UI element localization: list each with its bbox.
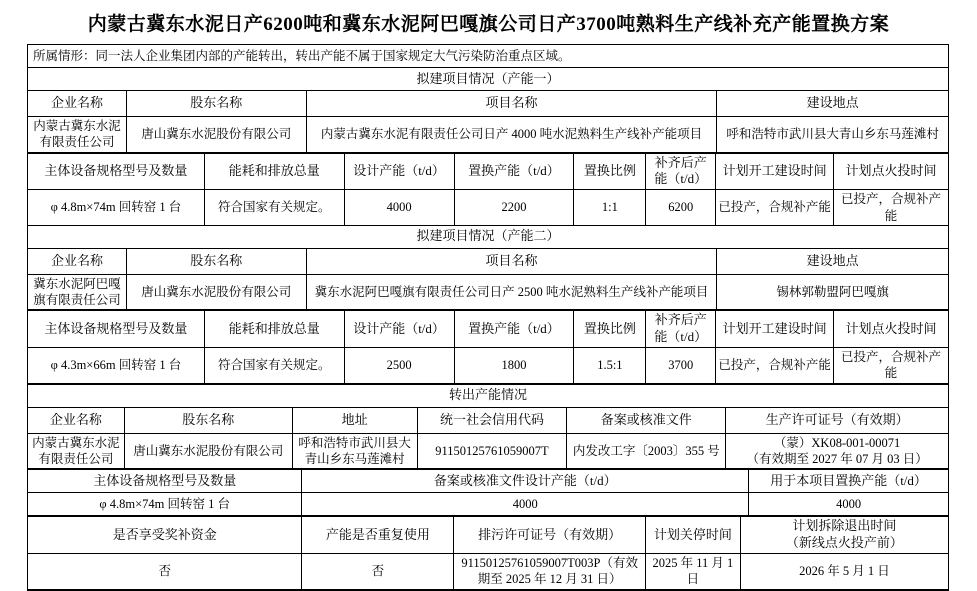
- value-cell: 冀东水泥阿巴嘎旗有限责任公司: [28, 274, 127, 310]
- value-cell: 1800: [454, 348, 574, 384]
- value-cell: 否: [302, 553, 454, 590]
- section2-spec-value-row: φ 4.3m×66m 回转窑 1 台 符合国家有关规定。 2500 1800 1…: [28, 348, 949, 384]
- section2-info-value-row: 冀东水泥阿巴嘎旗有限责任公司 唐山冀东水泥股份有限公司 冀东水泥阿巴嘎旗有限责任…: [28, 274, 949, 310]
- value-cell: 4000: [302, 493, 749, 516]
- header-cell: 设计产能（t/d）: [344, 310, 454, 347]
- value-cell: 符合国家有关规定。: [204, 190, 344, 226]
- value-cell: 唐山冀东水泥股份有限公司: [126, 274, 306, 310]
- section1-band-title: 拟建项目情况（产能一）: [28, 68, 949, 91]
- transfer-equip-table: 主体设备规格型号及数量 备案或核准文件设计产能（t/d） 用于本项目置换产能（t…: [27, 468, 949, 516]
- section1-info-table: 企业名称 股东名称 项目名称 建设地点 内蒙古冀东水泥有限责任公司 唐山冀东水泥…: [27, 90, 949, 153]
- header-cell: 计划拆除退出时间 （新线点火投产前）: [740, 516, 948, 553]
- section1-info-value-row: 内蒙古冀东水泥有限责任公司 唐山冀东水泥股份有限公司 内蒙古冀东水泥有限责任公司…: [28, 117, 949, 153]
- transfer-extra-header-row: 是否享受奖补资金 产能是否重复使用 排污许可证号（有效期） 计划关停时间 计划拆…: [28, 516, 949, 553]
- value-cell: 6200: [646, 190, 716, 226]
- approval-doc-cell: 内发改工字〔2003〕355 号: [567, 433, 726, 469]
- section1-band-table: 拟建项目情况（产能一）: [27, 67, 949, 91]
- header-cell: 能耗和排放总量: [204, 153, 344, 190]
- capacity-replacement-table: 所属情形：同一法人企业集团内部的产能转出，转出产能不属于国家规定大气污染防治重点…: [27, 44, 949, 591]
- section1-info-header-row: 企业名称 股东名称 项目名称 建设地点: [28, 91, 949, 117]
- header-cell: 企业名称: [28, 248, 127, 274]
- credit-code-cell: 91150125761059007T: [417, 433, 567, 469]
- header-cell: 计划开工建设时间: [716, 153, 834, 190]
- dismantle-date-cell: 2026 年 5 月 1 日: [740, 553, 948, 590]
- header-cell: 补齐后产能（t/d）: [646, 310, 716, 347]
- transfer-info-table: 企业名称 股东名称 地址 统一社会信用代码 备案或核准文件 生产许可证号（有效期…: [27, 407, 949, 470]
- header-cell: 置换比例: [574, 153, 646, 190]
- section2-info-header-row: 企业名称 股东名称 项目名称 建设地点: [28, 248, 949, 274]
- scope-note-cell: 所属情形：同一法人企业集团内部的产能转出，转出产能不属于国家规定大气污染防治重点…: [28, 45, 949, 68]
- header-cell: 计划点火投时间: [834, 310, 949, 347]
- header-cell: 计划关停时间: [645, 516, 740, 553]
- section2-band-table: 拟建项目情况（产能二）: [27, 225, 949, 249]
- value-cell: 4000: [344, 190, 454, 226]
- scope-note-table: 所属情形：同一法人企业集团内部的产能转出，转出产能不属于国家规定大气污染防治重点…: [27, 44, 949, 68]
- header-cell: 置换产能（t/d）: [454, 153, 574, 190]
- transfer-extra-value-row: 否 否 91150125761059007T003P（有效期至 2025 年 1…: [28, 553, 949, 590]
- transfer-band-title: 转出产能情况: [28, 384, 949, 408]
- transfer-band-table: 转出产能情况: [27, 383, 949, 408]
- header-cell: 计划点火投时间: [834, 153, 949, 190]
- value-cell: 2500: [344, 348, 454, 384]
- header-cell: 主体设备规格型号及数量: [28, 310, 205, 347]
- header-cell: 项目名称: [306, 91, 717, 117]
- section2-band-title: 拟建项目情况（产能二）: [28, 225, 949, 248]
- header-cell: 地址: [292, 407, 417, 433]
- value-cell: 4000: [749, 493, 949, 516]
- value-cell: 2200: [454, 190, 574, 226]
- header-cell: 是否享受奖补资金: [28, 516, 302, 553]
- header-cell: 产能是否重复使用: [302, 516, 454, 553]
- header-cell: 置换比例: [574, 310, 646, 347]
- header-cell: 排污许可证号（有效期）: [454, 516, 646, 553]
- value-cell: 锡林郭勒盟阿巴嘎旗: [717, 274, 949, 310]
- transfer-equip-value-row: φ 4.8m×74m 回转窑 1 台 4000 4000: [28, 493, 949, 516]
- value-cell: 已投产，合规补产能: [716, 190, 834, 226]
- value-cell: 1.5:1: [574, 348, 646, 384]
- value-cell: φ 4.8m×74m 回转窑 1 台: [28, 493, 302, 516]
- value-cell: 已投产，合规补产能: [834, 348, 949, 384]
- shutdown-date-cell: 2025 年 11 月 1 日: [645, 553, 740, 590]
- page-title: 内蒙古冀东水泥日产6200吨和冀东水泥阿巴嘎旗公司日产3700吨熟料生产线补充产…: [10, 9, 967, 36]
- section1-spec-table: 主体设备规格型号及数量 能耗和排放总量 设计产能（t/d） 置换产能（t/d） …: [27, 152, 949, 226]
- header-cell: 企业名称: [28, 91, 127, 117]
- value-cell: 内蒙古冀东水泥有限责任公司: [28, 433, 125, 469]
- value-cell: 已投产，合规补产能: [716, 348, 834, 384]
- header-cell: 用于本项目置换产能（t/d）: [749, 469, 949, 493]
- header-cell: 生产许可证号（有效期）: [726, 407, 949, 433]
- header-cell: 建设地点: [717, 248, 949, 274]
- transfer-equip-header-row: 主体设备规格型号及数量 备案或核准文件设计产能（t/d） 用于本项目置换产能（t…: [28, 469, 949, 493]
- header-cell: 补齐后产能（t/d）: [646, 153, 716, 190]
- header-cell: 备案或核准文件设计产能（t/d）: [302, 469, 749, 493]
- value-cell: 已投产，合规补产能: [834, 190, 949, 226]
- value-cell: 符合国家有关规定。: [204, 348, 344, 384]
- value-cell: 唐山冀东水泥股份有限公司: [126, 117, 306, 153]
- value-cell: φ 4.8m×74m 回转窑 1 台: [28, 190, 205, 226]
- header-cell: 股东名称: [126, 91, 306, 117]
- value-cell: 呼和浩特市武川县大青山乡东马莲滩村: [292, 433, 417, 469]
- section1-spec-header-row: 主体设备规格型号及数量 能耗和排放总量 设计产能（t/d） 置换产能（t/d） …: [28, 153, 949, 190]
- transfer-info-header-row: 企业名称 股东名称 地址 统一社会信用代码 备案或核准文件 生产许可证号（有效期…: [28, 407, 949, 433]
- value-cell: 3700: [646, 348, 716, 384]
- header-cell: 置换产能（t/d）: [454, 310, 574, 347]
- value-cell: 冀东水泥阿巴嘎旗有限责任公司日产 2500 吨水泥熟料生产线补产能项目: [306, 274, 717, 310]
- value-cell: 唐山冀东水泥股份有限公司: [124, 433, 292, 469]
- value-cell: φ 4.3m×66m 回转窑 1 台: [28, 348, 205, 384]
- value-cell: 呼和浩特市武川县大青山乡东马莲滩村: [717, 117, 949, 153]
- header-cell: 主体设备规格型号及数量: [28, 153, 205, 190]
- scope-note-row: 所属情形：同一法人企业集团内部的产能转出，转出产能不属于国家规定大气污染防治重点…: [28, 45, 949, 68]
- header-cell: 能耗和排放总量: [204, 310, 344, 347]
- header-cell: 股东名称: [126, 248, 306, 274]
- transfer-extra-table: 是否享受奖补资金 产能是否重复使用 排污许可证号（有效期） 计划关停时间 计划拆…: [27, 515, 949, 591]
- pollution-permit-cell: 91150125761059007T003P（有效期至 2025 年 12 月 …: [454, 553, 646, 590]
- section2-info-table: 企业名称 股东名称 项目名称 建设地点 冀东水泥阿巴嘎旗有限责任公司 唐山冀东水…: [27, 248, 949, 311]
- license-cell: （蒙）XK08-001-00071 （有效期至 2027 年 07 月 03 日…: [726, 433, 949, 469]
- header-cell: 计划开工建设时间: [716, 310, 834, 347]
- value-cell: 内蒙古冀东水泥有限责任公司日产 4000 吨水泥熟料生产线补产能项目: [306, 117, 717, 153]
- section2-spec-table: 主体设备规格型号及数量 能耗和排放总量 设计产能（t/d） 置换产能（t/d） …: [27, 309, 949, 383]
- value-cell: 1:1: [574, 190, 646, 226]
- header-cell: 项目名称: [306, 248, 717, 274]
- section2-spec-header-row: 主体设备规格型号及数量 能耗和排放总量 设计产能（t/d） 置换产能（t/d） …: [28, 310, 949, 347]
- header-cell: 主体设备规格型号及数量: [28, 469, 302, 493]
- value-cell: 内蒙古冀东水泥有限责任公司: [28, 117, 127, 153]
- section1-spec-value-row: φ 4.8m×74m 回转窑 1 台 符合国家有关规定。 4000 2200 1…: [28, 190, 949, 226]
- value-cell: 否: [28, 553, 302, 590]
- header-cell: 设计产能（t/d）: [344, 153, 454, 190]
- header-cell: 建设地点: [717, 91, 949, 117]
- header-cell: 企业名称: [28, 407, 125, 433]
- header-cell: 备案或核准文件: [567, 407, 726, 433]
- header-cell: 统一社会信用代码: [417, 407, 567, 433]
- header-cell: 股东名称: [124, 407, 292, 433]
- transfer-info-value-row: 内蒙古冀东水泥有限责任公司 唐山冀东水泥股份有限公司 呼和浩特市武川县大青山乡东…: [28, 433, 949, 469]
